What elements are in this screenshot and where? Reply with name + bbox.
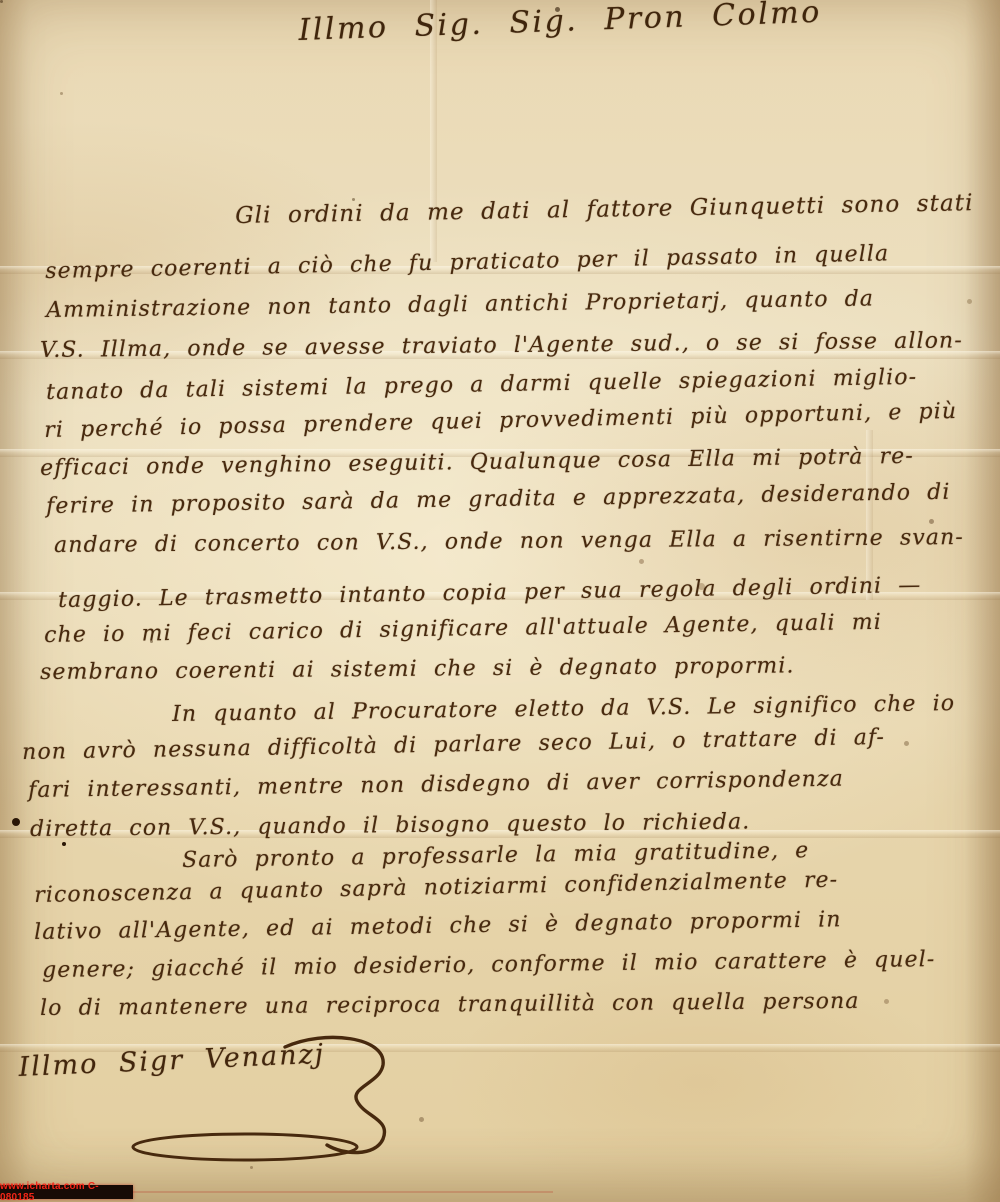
letter-line: sempre coerenti a ciò che fu praticato p… <box>45 243 889 283</box>
letter-line: Amministrazione non tanto dagli antichi … <box>46 288 874 322</box>
letter-line: tanato da tali sistemi la prego a darmi … <box>46 367 917 404</box>
letter-line: lo di mantenere una reciproca tranquilli… <box>40 991 860 1020</box>
letter-line: andare di concerto con V.S., onde non ve… <box>54 527 964 557</box>
letter-line: Gli ordini da me dati al fattore Giunque… <box>235 192 974 228</box>
letter-line: diretta con V.S., quando il bisogno ques… <box>30 811 750 841</box>
letter-line: sembrano coerenti ai sistemi che si è de… <box>40 655 795 684</box>
scanned-letter-page: Illmo Sig. Sig. Pron Colmo Gli ordini da… <box>0 0 1000 1202</box>
letter-line: fari interessanti, mentre non disdegno d… <box>28 769 844 802</box>
watermark-badge: www.icharta.com C-080185 <box>0 1185 133 1199</box>
letter-line: Sarò pronto a professarle la mia gratitu… <box>182 840 809 872</box>
letter-line: V.S. Illma, onde se avesse traviato l'Ag… <box>40 330 963 362</box>
letter-line: riconoscenza a quanto saprà notiziarmi c… <box>34 870 838 907</box>
letter-line: In quanto al Procuratore eletto da V.S. … <box>172 693 955 726</box>
ink-blot <box>62 842 66 846</box>
salutation-header: Illmo Sig. Sig. Pron Colmo <box>298 0 822 46</box>
letter-line: non avrò nessuna difficoltà di parlare s… <box>22 727 885 764</box>
letter-line: efficaci onde venghino eseguiti. Qualunq… <box>40 446 914 480</box>
letter-line: ri perché io possa prendere quei provved… <box>44 401 957 442</box>
addressee-line: Illmo Sigr Venanzj <box>18 1041 326 1081</box>
paper-specks <box>0 0 3 3</box>
ink-blot <box>12 818 20 826</box>
letter-line: taggio. Le trasmetto intanto copia per s… <box>58 575 922 612</box>
letter-line: genere; giacché il mio desiderio, confor… <box>42 949 935 982</box>
letter-line: ferire in proposito sarà da me gradita e… <box>46 482 951 518</box>
letter-line: lativo all'Agente, ed ai metodi che si è… <box>34 909 842 944</box>
letter-line: che io mi feci carico di significare all… <box>44 612 882 647</box>
watermark-underline <box>133 1191 553 1193</box>
